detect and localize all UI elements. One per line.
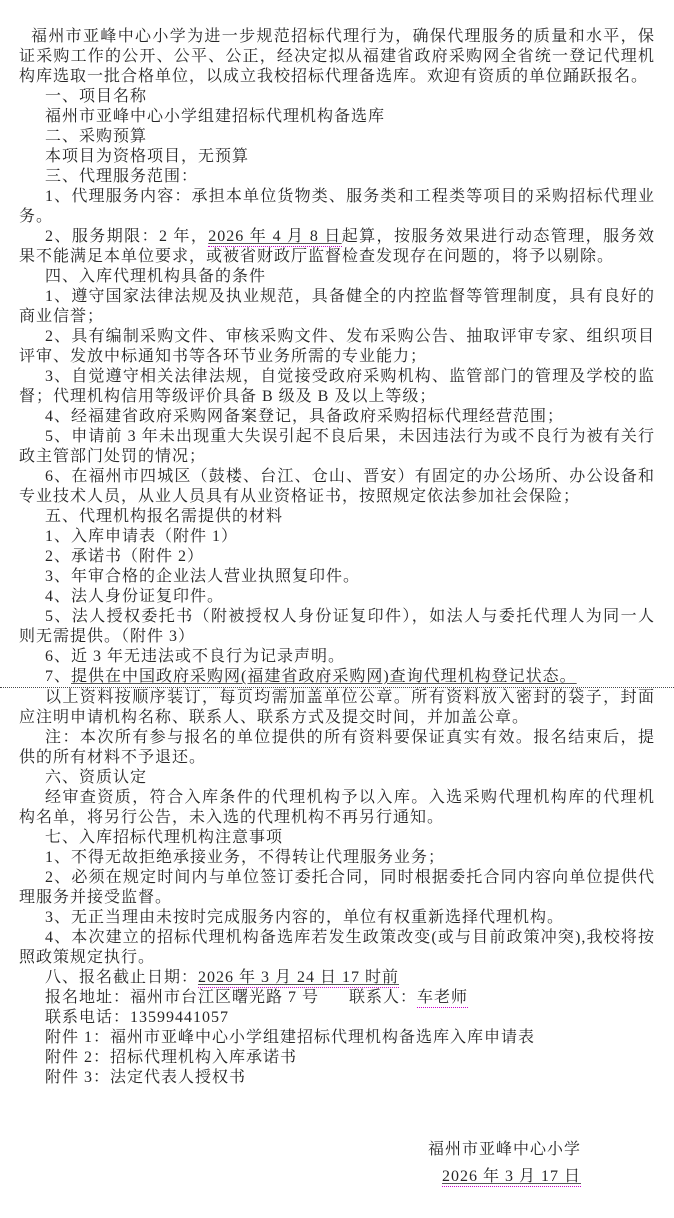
condition-item-4: 4、经福建省政府采购网备案登记，具备政府采购招标代理经营范围； — [19, 407, 655, 427]
material-item-7-number: 7、 — [45, 668, 71, 685]
signature-block: 福州市亚峰中心小学 2026 年 3 月 17 日 — [19, 1136, 655, 1190]
signature-org: 福州市亚峰中心小学 — [19, 1136, 581, 1163]
material-item-1: 1、入库申请表（附件 1） — [19, 527, 655, 547]
project-name: 福州市亚峰中心小学组建招标代理机构备选库 — [19, 107, 655, 127]
service-content-item: 1、代理服务内容：承担本单位货物类、服务类和工程类等项目的采购招标代理业务。 — [19, 187, 655, 227]
section-6-title: 六、资质认定 — [19, 768, 655, 788]
service-term-item: 2、服务期限：2 年，2026 年 4 月 8 日起算，按服务效果进行动态管理，… — [19, 227, 655, 267]
section-2-title: 二、采购预算 — [19, 127, 655, 147]
address-line: 报名地址：福州市台江区曙光路 7 号联系人：车老师 — [19, 988, 655, 1008]
contact-person-name: 车老师 — [417, 989, 468, 1008]
notice-item-3: 3、无正当理由未按时完成服务内容的，单位有权重新选择代理机构。 — [19, 908, 655, 928]
material-item-6: 6、近 3 年无违法或不良行为记录声明。 — [19, 647, 655, 667]
budget-body: 本项目为资格项目，无预算 — [19, 147, 655, 167]
attachment-2: 附件 2：招标代理机构入库承诺书 — [19, 1048, 655, 1068]
contact-person-label: 联系人： — [349, 989, 417, 1006]
attachment-1: 附件 1：福州市亚峰中心小学组建招标代理机构备选库入库申请表 — [19, 1028, 655, 1048]
intro-paragraph: 福州市亚峰中心小学为进一步规范招标代理行为，确保代理服务的质量和水平，保证采购工… — [19, 27, 655, 87]
deadline-label: 八、报名截止日期： — [45, 969, 198, 986]
section-3-title: 三、代理服务范围： — [19, 167, 655, 187]
service-start-date: 2026 年 4 月 8 日 — [208, 228, 341, 247]
material-item-2: 2、承诺书（附件 2） — [19, 547, 655, 567]
condition-item-3: 3、自觉遵守相关法律法规，自觉接受政府采购机构、监管部门的管理及学校的监督；代理… — [19, 367, 655, 407]
registration-status-underlined-text: 提供在中国政府采购网(福建省政府采购网)查询代理机构登记状态。 — [71, 668, 577, 685]
phone-line: 联系电话：13599441057 — [19, 1008, 655, 1028]
qualification-body: 经审查资质，符合入库条件的代理机构予以入库。入选采购代理机构库的代理机构名单，将… — [19, 788, 655, 828]
condition-item-1: 1、遵守国家法律法规及执业规范，具备健全的内控监督等管理制度，具有良好的商业信誉… — [19, 287, 655, 327]
deadline-line: 八、报名截止日期：2026 年 3 月 24 日 17 时前 — [19, 968, 655, 988]
section-4-title: 四、入库代理机构具备的条件 — [19, 267, 655, 287]
material-item-3: 3、年审合格的企业法人营业执照复印件。 — [19, 567, 655, 587]
material-item-7: 7、提供在中国政府采购网(福建省政府采购网)查询代理机构登记状态。 — [19, 667, 655, 687]
service-term-prefix: 2、服务期限：2 年， — [45, 228, 208, 245]
section-5-title: 五、代理机构报名需提供的材料 — [19, 507, 655, 527]
deadline-date: 2026 年 3 月 24 日 17 时前 — [198, 969, 399, 988]
condition-item-2: 2、具有编制采购文件、审核采购文件、发布采购公告、抽取评审专家、组织项目评审、发… — [19, 327, 655, 367]
section-1-title: 一、项目名称 — [19, 87, 655, 107]
document-page: 福州市亚峰中心小学为进一步规范招标代理行为，确保代理服务的质量和水平，保证采购工… — [0, 0, 674, 1218]
condition-item-5: 5、申请前 3 年未出现重大失误引起不良后果，未因违法行为或不良行为被有关行政主… — [19, 427, 655, 467]
notice-item-2: 2、必须在规定时间内与单位签订委托合同，同时根据委托合同内容向单位提供代理服务并… — [19, 868, 655, 908]
signature-date: 2026 年 3 月 17 日 — [19, 1163, 581, 1190]
notice-item-1: 1、不得无故拒绝承接业务，不得转让代理服务业务； — [19, 848, 655, 868]
binding-instructions: 以上资料按顺序装订，每页均需加盖单位公章。所有资料放入密封的袋子，封面应注明申请… — [19, 688, 655, 728]
section-7-title: 七、入库招标代理机构注意事项 — [19, 828, 655, 848]
condition-item-6: 6、在福州市四城区（鼓楼、台江、仓山、晋安）有固定的办公场所、办公设备和专业技术… — [19, 467, 655, 507]
attachment-3: 附件 3：法定代表人授权书 — [19, 1068, 655, 1088]
notice-item-4: 4、本次建立的招标代理机构备选库若发生政策改变(或与目前政策冲突),我校将按照政… — [19, 928, 655, 968]
material-item-4: 4、法人身份证复印件。 — [19, 587, 655, 607]
material-item-5: 5、法人授权委托书（附被授权人身份证复印件），如法人与委托代理人为同一人则无需提… — [19, 607, 655, 647]
address-text: 报名地址：福州市台江区曙光路 7 号 — [45, 989, 319, 1006]
signature-date-text: 2026 年 3 月 17 日 — [442, 1168, 581, 1187]
validity-note: 注：本次所有参与报名的单位提供的所有资料要保证真实有效。报名结束后，提供的所有材… — [19, 728, 655, 768]
